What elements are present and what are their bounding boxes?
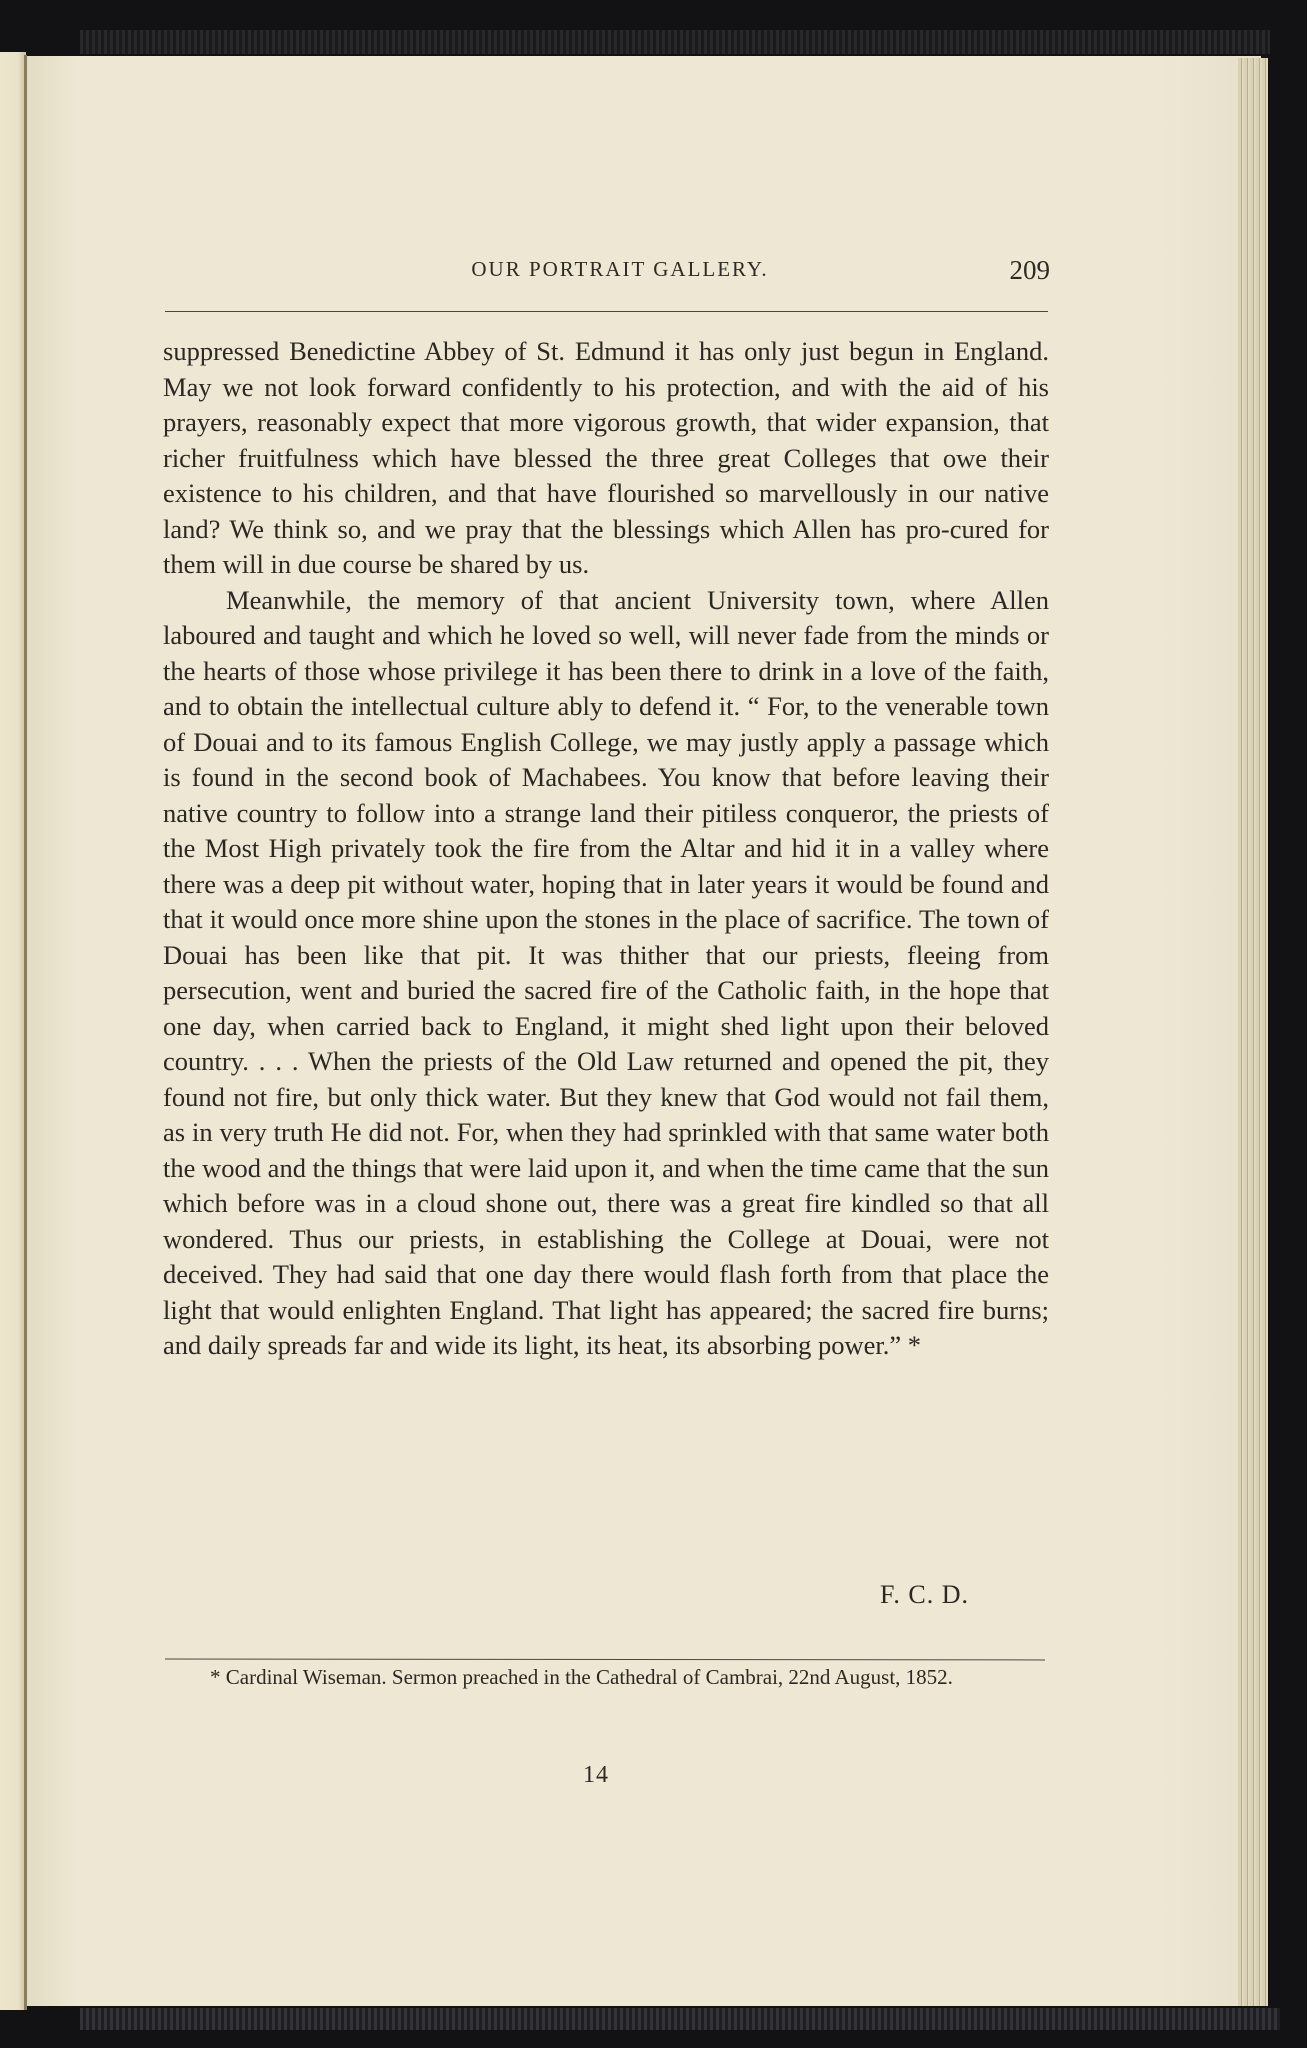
header-rule — [165, 311, 1048, 312]
book-cover-bottom-edge — [80, 2008, 1280, 2030]
page-number: 209 — [1010, 255, 1051, 286]
running-title: OUR PORTRAIT GALLERY. — [170, 257, 1050, 282]
page-fore-edge — [1238, 58, 1268, 2006]
paragraph: suppressed Benedictine Abbey of St. Edmu… — [163, 334, 1049, 583]
running-head: OUR PORTRAIT GALLERY. 209 — [170, 253, 1050, 287]
book-cover-top-edge — [80, 30, 1270, 54]
page-gutter — [24, 55, 27, 2010]
printer-signature-mark: 14 — [583, 1762, 609, 1789]
facing-page-edge — [0, 52, 26, 2010]
body-text: suppressed Benedictine Abbey of St. Edmu… — [163, 334, 1049, 1364]
paragraph: Meanwhile, the memory of that ancient Un… — [163, 583, 1049, 1364]
footnote: * Cardinal Wiseman. Sermon preached in t… — [163, 1645, 1048, 1689]
author-initials: F. C. D. — [880, 1580, 969, 1610]
